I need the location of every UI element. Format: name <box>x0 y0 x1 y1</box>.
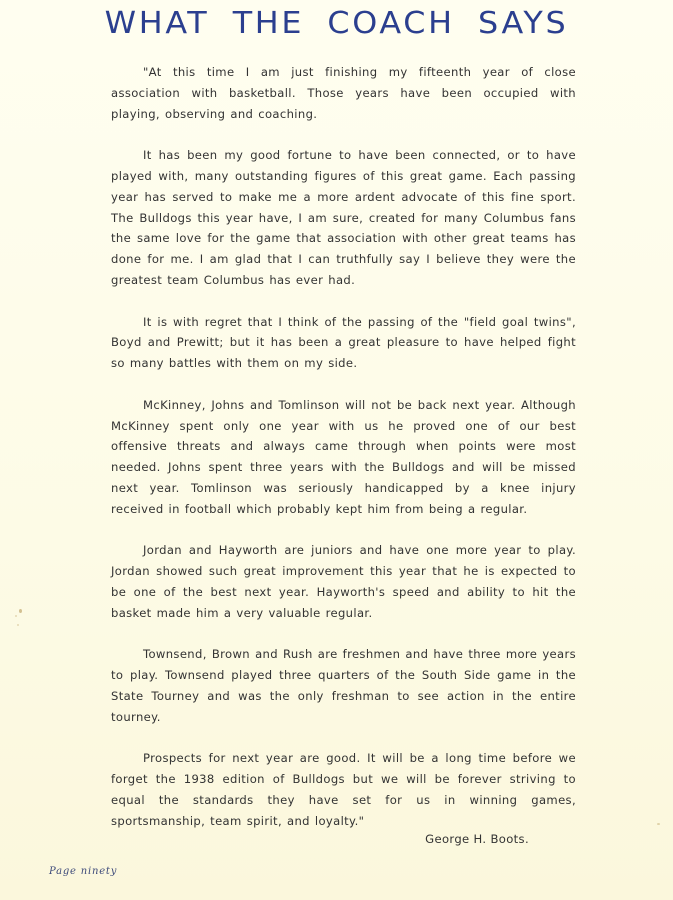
paragraph-prospects: Prospects for next year are good. It wil… <box>111 748 576 831</box>
paragraph-freshmen: Townsend, Brown and Rush are freshmen an… <box>111 644 576 727</box>
paragraph-intro: "At this time I am just finishing my fif… <box>111 62 576 124</box>
paragraph-juniors: Jordan and Hayworth are juniors and have… <box>111 540 576 623</box>
paragraph-departing-players: McKinney, Johns and Tomlinson will not b… <box>111 395 576 520</box>
paragraph-good-fortune: It has been my good fortune to have been… <box>111 145 576 291</box>
signature: George H. Boots. <box>111 829 576 850</box>
paper-speck <box>19 609 22 613</box>
paper-speck <box>657 823 660 825</box>
page-number: Page ninety <box>49 866 117 877</box>
paper-speck <box>15 615 17 617</box>
page-title: WHAT THE COACH SAYS <box>0 6 673 41</box>
coach-statement: "At this time I am just finishing my fif… <box>111 62 576 850</box>
paragraph-field-goal-twins: It is with regret that I think of the pa… <box>111 312 576 374</box>
paper-speck <box>17 624 19 626</box>
